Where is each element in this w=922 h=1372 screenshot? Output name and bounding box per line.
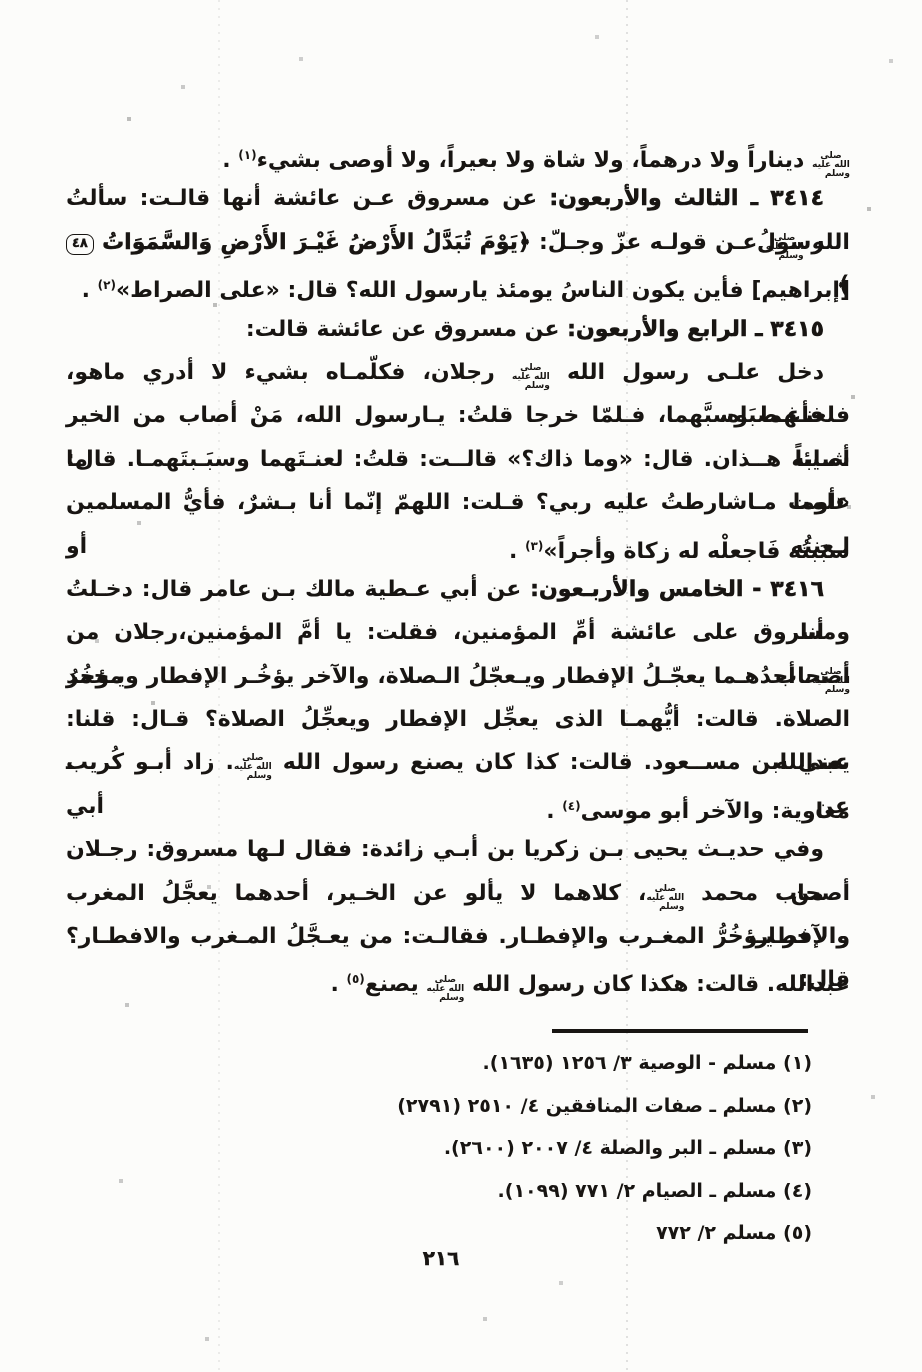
body-line: ٣٤١٦ - الخامس والأربـعون: عن أبي عـطية م… [66,568,850,611]
body-line: صلى الله عليه وسلم، أحدُهـما يعجّـلُ الإ… [66,655,850,698]
text-segment: دخل علـى رسول الله [550,360,824,385]
footnote-line: (٥) مسلم ٢/ ٧٧٢ [192,1212,812,1255]
text-segment: يعني ابن مســعود. قالت: كذا كان يصنع رسو… [272,750,850,775]
footnote-reference: (٢) [98,278,116,292]
text-segment: عـن قولـه عزّ وجـلّ: [531,230,766,255]
text-segment: [إبراهيم] فأين يكون الناسُ يومئذ يارسول … [116,278,850,303]
footnote-reference: (٣) [525,539,543,553]
salla-allahu-alayhi-wasallam-symbol: صلى الله عليه وسلم [812,152,850,179]
body-line: ومسروق على عائشة أمِّ المؤمنين، فقلت: يا… [66,611,850,654]
body-line: وفي حديـث يحيى بـن زكريا بن أبـي زائدة: … [66,828,850,871]
text-segment: أصحاب محمد [684,881,850,906]
text-segment: . [222,148,238,173]
footnotes: (١) مسلم - الوصية ٣/ ١٢٥٦ (١٦٣٥).(٢) مسل… [192,1042,812,1255]
text-segment: . [82,278,98,303]
body-line: أصابه هــذان. قال: «وما ذاك؟» قالــت: قل… [66,438,850,481]
footnote-separator [552,1029,808,1033]
hadith-heading: ٣٤١٥ ـ الرابع والأربعون: [567,317,824,342]
hadith-heading: ٣٤١٦ - الخامس والأربـعون: [530,577,824,602]
hadith-heading: ٣٤١٤ ـ الثالث والأربعون: [549,186,824,211]
page-number: ٢١٦ [381,1246,501,1270]
body-text: صلى الله عليه وسلم ديناراً ولا درهماً، و… [66,134,850,1002]
text-segment: الله [804,230,850,255]
body-line: [إبراهيم] فأين يكون الناسُ يومئذ يارسول … [66,264,850,307]
body-line: أصحاب محمد صلى الله عليه وسلم، كلاهما لا… [66,872,850,915]
body-line: دخل علـى رسول الله صلى الله عليه وسلم رج… [66,351,850,394]
text-segment: عن مسروق عن عائشة قالت: [246,317,567,342]
salla-allahu-alayhi-wasallam-symbol: صلى الله عليه وسلم [512,364,550,391]
text-segment: ، أحدُهـما يعجّـلُ الإفطار ويـعجّلُ الـص… [66,664,812,689]
footnote-line: (٣) مسلم ـ البر والصلة ٤/ ٢٠٠٧ (٢٦٠٠). [192,1127,812,1170]
text-segment: . [330,972,346,997]
text-segment: . [546,799,562,824]
quran-verse: ﴿يَوْمَ تُبَدَّلُ الأَرْضُ غَيْـرَ الأَر… [94,230,531,255]
body-line: علمت مـاشارطتُ عليه ربي؟ قـلت: اللهمّ إن… [66,481,850,524]
body-line: فلعنـهما وسبَّهما، فـلمّا خرجا قلتُ: يـا… [66,394,850,437]
body-line: صلى الله عليه وسلم ديناراً ولا درهماً، و… [66,134,850,177]
aya-number-badge: ٤٨ [66,234,94,255]
body-line: الله صلى الله عليه وسلم عـن قولـه عزّ وج… [66,221,850,264]
text-segment: عبدالله. قالت: هكذا كان رسول الله [464,972,850,997]
text-segment: سبَبتُه فَاجعلْه له زكاة وأجراً» [543,539,850,564]
text-segment: . [509,539,525,564]
footnote-reference: (٥) [346,972,364,986]
salla-allahu-alayhi-wasallam-symbol: صلى الله عليه وسلم [812,668,850,695]
body-line: يعني ابن مســعود. قالت: كذا كان يصنع رسو… [66,741,850,784]
salla-allahu-alayhi-wasallam-symbol: صلى الله عليه وسلم [234,754,272,781]
footnote-reference: (٤) [562,799,580,813]
footnote-line: (١) مسلم - الوصية ٣/ ١٢٥٦ (١٦٣٥). [192,1042,812,1085]
salla-allahu-alayhi-wasallam-symbol: صلى الله عليه وسلم [766,234,804,261]
body-line: عبدالله. قالت: هكذا كان رسول الله صلى ال… [66,958,850,1001]
text-segment: معاوية: والآخر أبو موسى [581,799,850,824]
salla-allahu-alayhi-wasallam-symbol: صلى الله عليه وسلم [426,976,464,1003]
scanned-book-page: صلى الله عليه وسلم ديناراً ولا درهماً، و… [0,0,922,1372]
body-line: ٣٤١٤ ـ الثالث والأربعون: عن مسروق عـن عا… [66,177,850,220]
body-line: والآخر يـؤخُرُّ المغـرب والإفطـار. فقالـ… [66,915,850,958]
body-line: ٣٤١٥ ـ الرابع والأربعون: عن مسروق عن عائ… [66,308,850,351]
scan-noise [0,0,2,2]
body-line: الصلاة. قالت: أيُّهمـا الذى يعجِّل الإفط… [66,698,850,741]
footnote-reference: (١) [238,148,256,162]
footnote-line: (٤) مسلم ـ الصيام ٢/ ٧٧١ (١٠٩٩). [192,1170,812,1213]
footnote-line: (٢) مسلم ـ صفات المنافقين ٤/ ٢٥١٠ (٢٧٩١) [192,1085,812,1128]
text-segment: يصنع [365,972,427,997]
text-segment: ديناراً ولا درهماً، ولا شاة ولا بعيراً، … [257,148,812,173]
salla-allahu-alayhi-wasallam-symbol: صلى الله عليه وسلم [646,885,684,912]
